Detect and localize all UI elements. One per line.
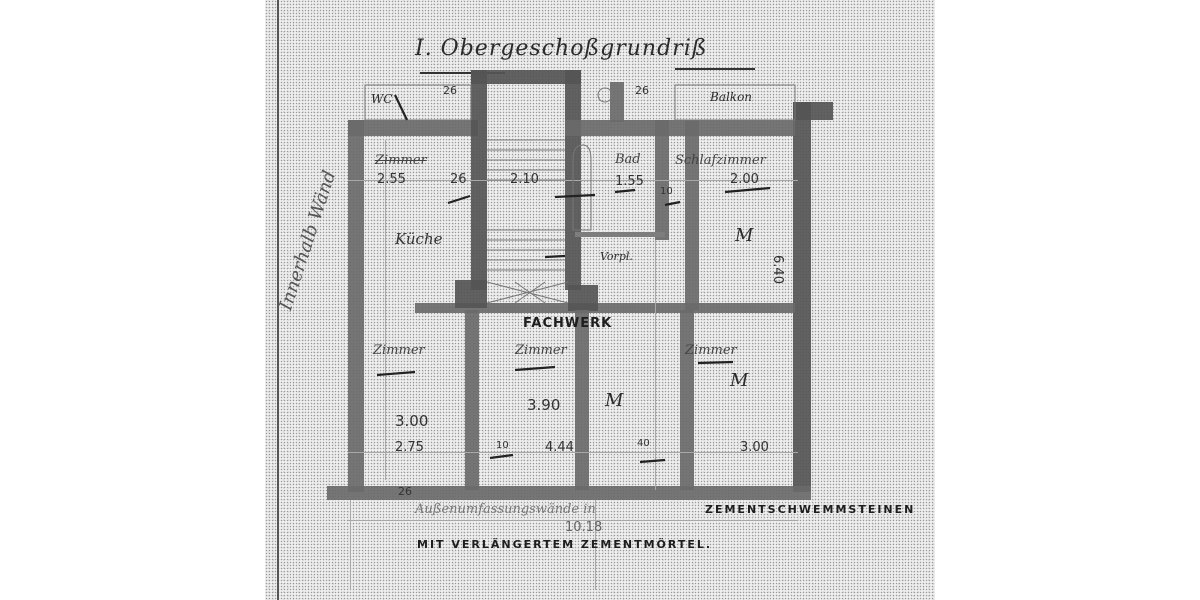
zimmer-1-width-dim: 2.75 <box>395 440 424 455</box>
bottom-wall-dim: 26 <box>398 485 412 498</box>
schlafzimmer-label: Schlafzimmer <box>675 153 766 168</box>
stair-width-dim: 2.10 <box>510 172 539 187</box>
inner-dim-3: 10 <box>660 186 673 197</box>
zimmer-3-label: Zimmer <box>685 343 737 358</box>
zimmer-2-mark: M <box>605 390 623 411</box>
balcony-label: Balkon <box>710 90 752 104</box>
schlafzimmer-width-dim: 2.00 <box>730 172 759 187</box>
construction-note-line2: MIT VERLÄNGERTEM ZEMENTMÖRTEL. <box>417 538 712 551</box>
total-width-dim: 10.18 <box>565 520 602 535</box>
top-middle-dim: 26 <box>635 84 649 97</box>
kueche-width-dim: 2.55 <box>377 172 406 187</box>
inner-dim-2: 40 <box>637 438 650 449</box>
floor-plan-sheet: I. Obergeschoßgrundriß Innerhalb Wänd <box>265 0 935 600</box>
bath-label: Bad <box>615 152 641 167</box>
inner-dim-1: 10 <box>496 440 509 451</box>
kueche-label-struck: Zimmer <box>375 153 427 168</box>
top-left-dim: 26 <box>443 84 457 97</box>
schlafzimmer-mark: M <box>735 225 753 246</box>
corridor-label: Vorpl. <box>600 250 633 263</box>
stair-wall-dim: 26 <box>450 172 467 187</box>
zimmer-3-mark: M <box>730 370 748 391</box>
zimmer-2-height-dim: 3.90 <box>527 396 560 414</box>
construction-note-line1: ZEMENTSCHWEMMSTEINEN <box>705 503 915 516</box>
zimmer-3-width-dim: 3.00 <box>740 440 769 455</box>
zimmer-2-width-dim: 4.44 <box>545 440 574 455</box>
construction-note-handwritten: Außenumfassungswände in <box>415 502 596 517</box>
wc-label: WC <box>371 92 393 106</box>
kueche-label: Küche <box>395 230 442 248</box>
fachwerk-label: FACHWERK <box>523 316 612 331</box>
schlafzimmer-side-dim: 6.40 <box>770 255 785 284</box>
zimmer-1-height-dim: 3.00 <box>395 412 428 430</box>
zimmer-2-label: Zimmer <box>515 343 567 358</box>
zimmer-1-label: Zimmer <box>373 343 425 358</box>
bath-width-dim: 1.55 <box>615 174 644 189</box>
